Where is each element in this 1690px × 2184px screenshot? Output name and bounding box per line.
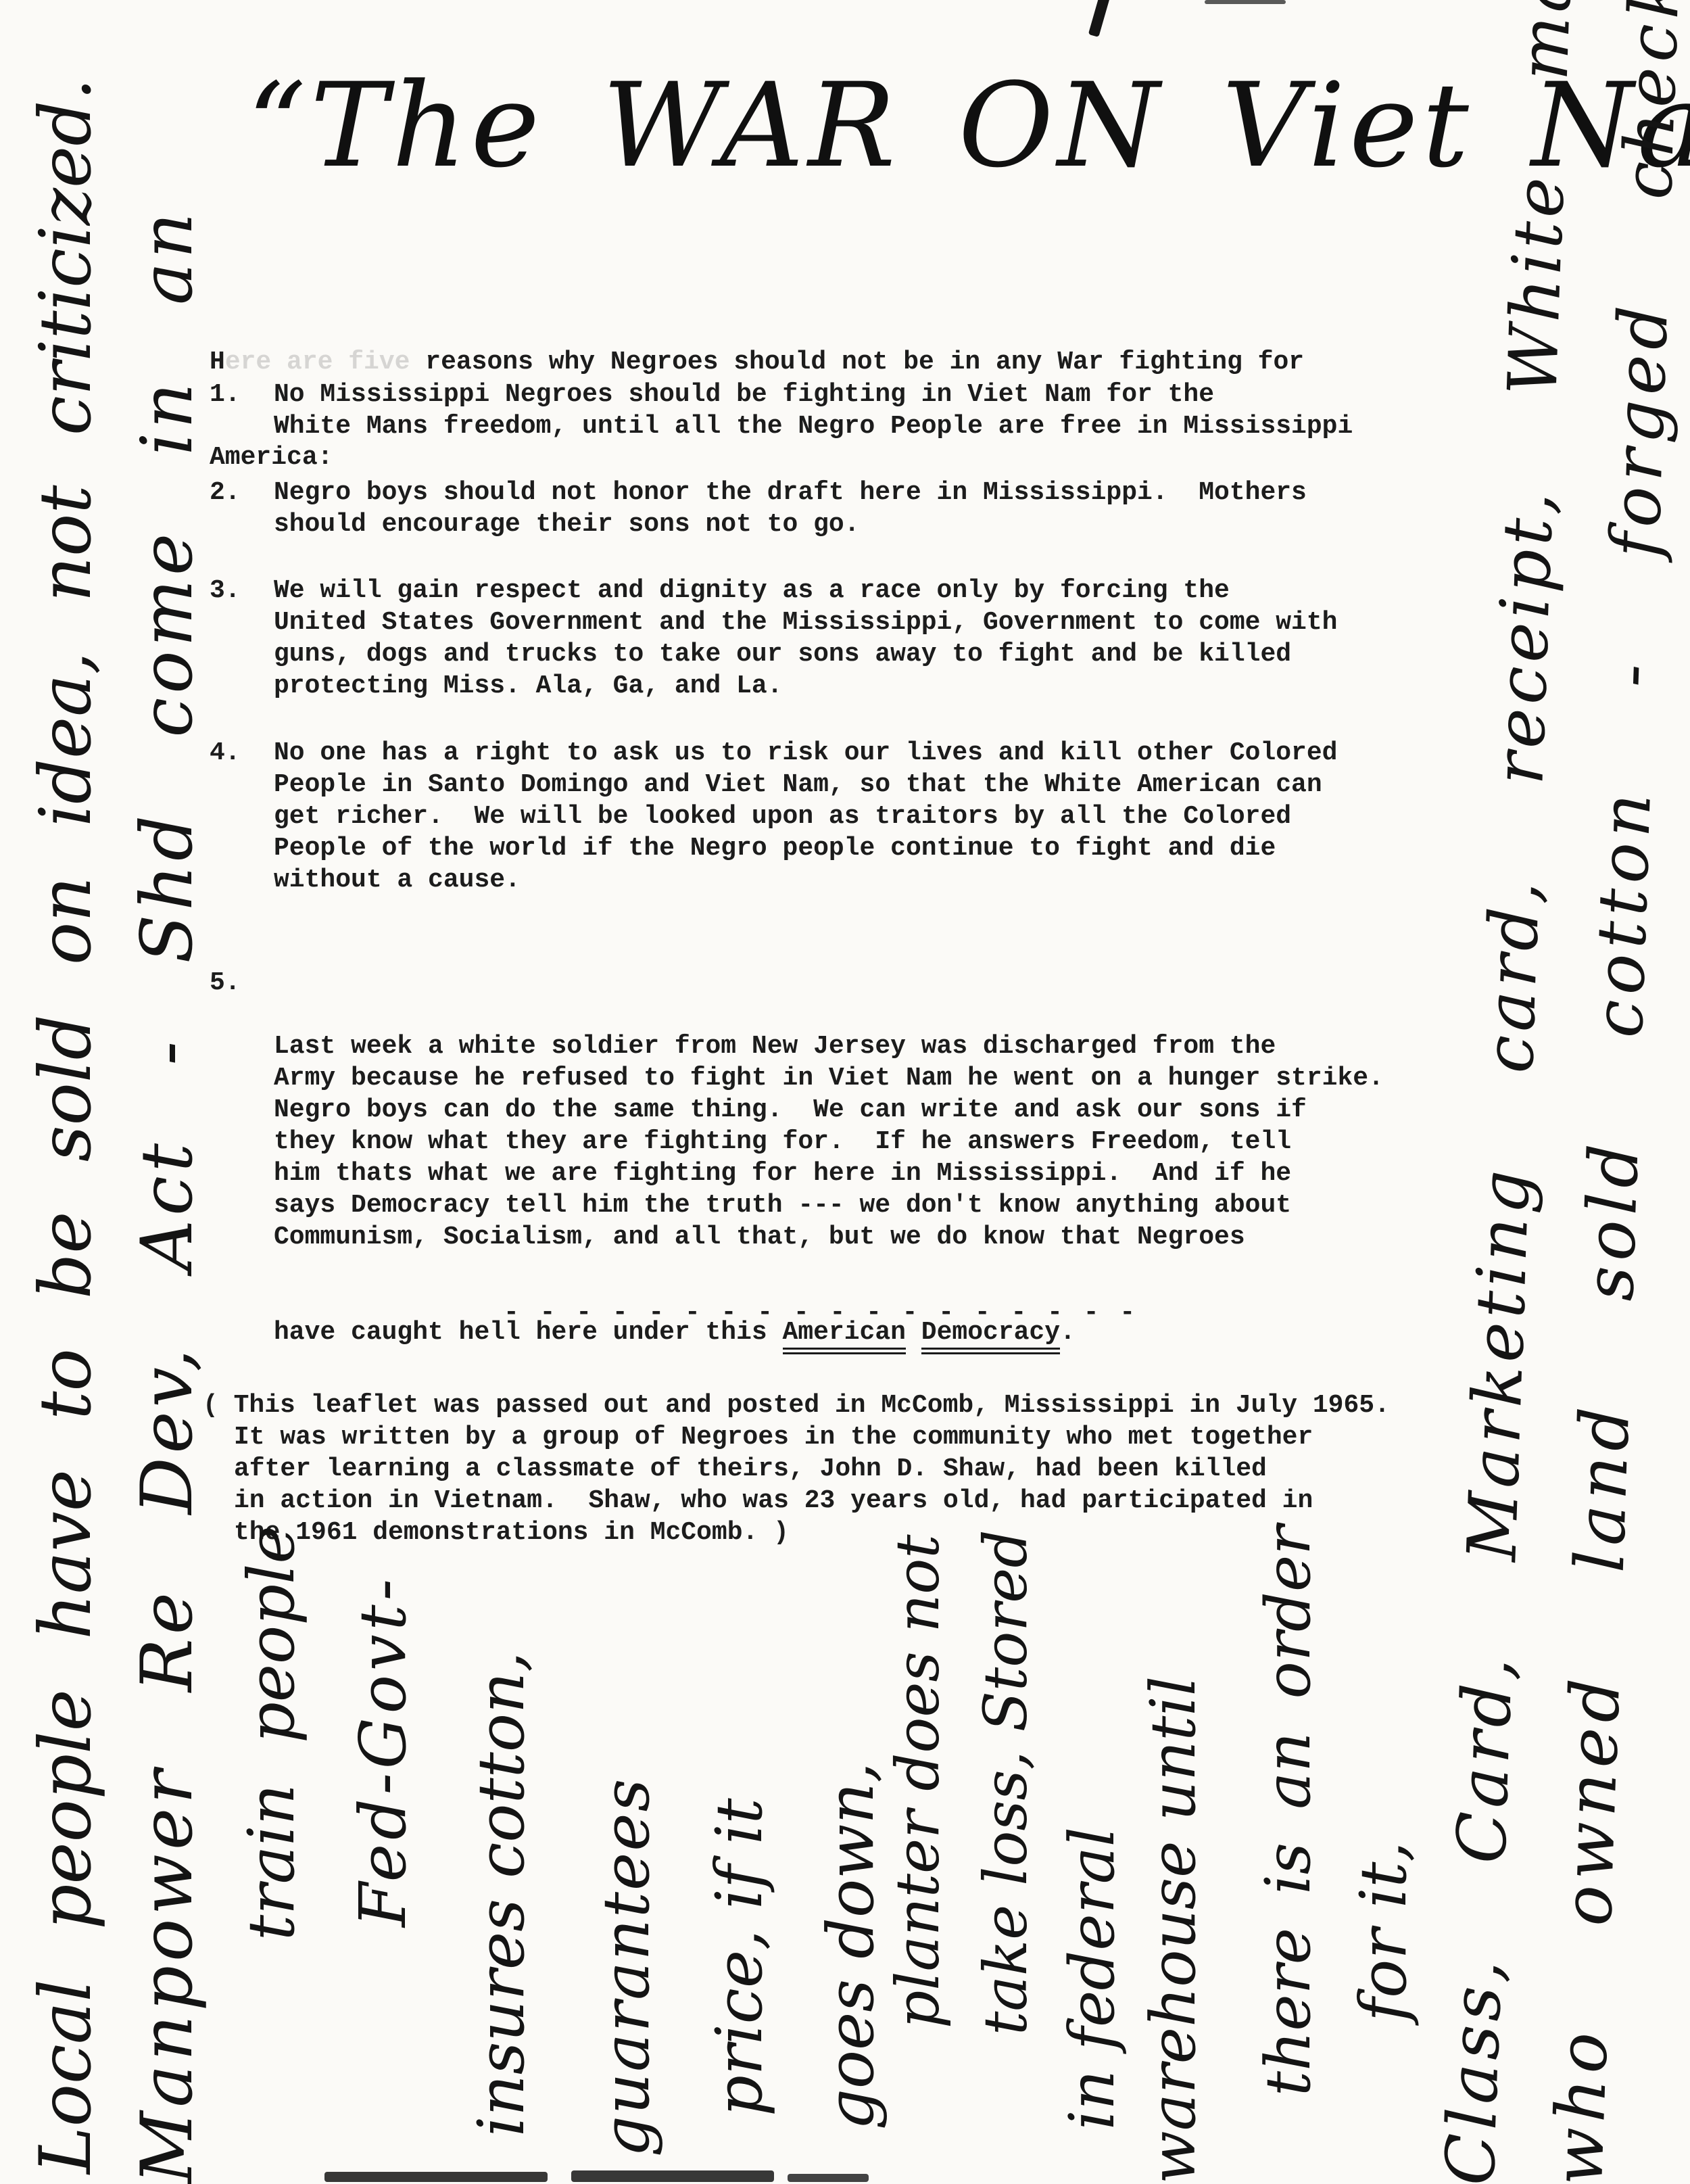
text-line: Negro boys can do the same thing. We can… [274,1094,1384,1126]
item-5-text: Last week a white soldier from New Jerse… [274,967,1384,1412]
scanned-leaflet-page: “The WAR ON Viet Nam” Here are five reas… [0,0,1690,2184]
text-line: No Mississippi Negroes should be fightin… [274,379,1353,410]
handwritten-note-bottom-7: planter does not [886,1534,951,2028]
scan-artifact-bottom-1 [324,2172,548,2182]
scan-artifact-bottom-2 [571,2170,774,2182]
leaflet-provenance-note: ( This leaflet was passed out and posted… [203,1390,1390,1548]
text-line: Army because he refused to fight in Viet… [274,1062,1384,1094]
page-title: “The WAR ON Viet Nam” [247,57,1690,193]
text-line: in action in Vietnam. Shaw, who was 23 y… [203,1485,1390,1517]
item-5-lines: Last week a white soldier from New Jerse… [274,1030,1384,1253]
intro-line-1: Here are five reasons why Negroes should… [210,346,1304,378]
item-5-number: 5. [210,967,274,999]
text-line: should encourage their sons not to go. [274,508,1307,540]
handwritten-note-bottom-5: price, if it [704,1798,775,2116]
list-item-2: 2. Negro boys should not honor the draft… [210,477,1307,540]
text-line: ( This leaflet was passed out and posted… [203,1390,1390,1421]
item-2-text: Negro boys should not honor the draft he… [274,477,1307,540]
scan-artifact-bottom-3 [788,2174,869,2182]
handwritten-note-bottom-8: take loss, Stored [973,1529,1039,2035]
handwritten-note-bottom-9: in federal [1058,1827,1126,2130]
text-line: says Democracy tell him the truth --- we… [274,1189,1384,1221]
handwritten-note-bottom-6: goes down, [816,1762,887,2130]
handwritten-note-left-2: Manpower Re Dev, Act - Shd come in an [128,209,207,2184]
list-item-3: 3. We will gain respect and dignity as a… [210,575,1337,702]
intro-lead: H [210,348,225,377]
text-line: him thats what we are fighting for here … [274,1158,1384,1189]
text-line: the 1961 demonstrations in McComb. ) [203,1517,1390,1548]
intro-lead-faded: ere are five [225,348,410,377]
item-3-number: 3. [210,575,274,607]
handwritten-note-left-1: Local people have to be sold on idea, no… [27,78,105,2174]
text-line: We will gain respect and dignity as a ra… [274,575,1337,607]
item-4-text: No one has a right to ask us to risk our… [274,737,1337,896]
handwritten-note-bottom-10: warehouse until [1139,1676,1207,2184]
text-line: get richer. We will be looked upon as tr… [274,801,1337,832]
text-line: It was written by a group of Negroes in … [203,1421,1390,1453]
text-line: after learning a classmate of theirs, Jo… [203,1453,1390,1485]
separator-dashes: - - - - - - - - - - - - - - - - - - [504,1297,1138,1329]
text-line: No one has a right to ask us to risk our… [274,737,1337,769]
text-line: White Mans freedom, until all the Negro … [274,410,1353,442]
handwritten-note-bottom-1: train people [237,1525,308,1941]
handwritten-note-bottom-2: Fed-Govt- [348,1575,419,1927]
handwritten-note-bottom-3: insures cotton, [466,1652,537,2137]
list-item-4: 4. No one has a right to ask us to risk … [210,737,1337,896]
text-line: Last week a white soldier from New Jerse… [274,1030,1384,1062]
list-item-1: 1. No Mississippi Negroes should be figh… [210,379,1353,442]
text-line: People of the world if the Negro people … [274,832,1337,864]
handwritten-note-bottom-11: there is an order [1254,1525,1322,2096]
scan-artifact-top-mark [1088,0,1110,37]
scan-artifact-top-edge [1205,0,1286,4]
intro-rest: reasons why Negroes should not be in any… [410,348,1304,377]
text-line: United States Government and the Mississ… [274,607,1337,638]
text-line: Communism, Socialism, and all that, but … [274,1221,1384,1253]
intro-line-2: America: [210,442,1304,473]
handwritten-note-bottom-12: for it, [1349,1841,1420,2022]
item-4-number: 4. [210,737,274,769]
item-1-text: No Mississippi Negroes should be fightin… [274,379,1353,442]
item-3-text: We will gain respect and dignity as a ra… [274,575,1337,702]
text-line: Negro boys should not honor the draft he… [274,477,1307,508]
list-item-5: 5. Last week a white soldier from New Je… [210,967,1384,1412]
text-line: they know what they are fighting for. If… [274,1126,1384,1158]
text-line: protecting Miss. Ala, Ga, and La. [274,670,1337,702]
text-line: People in Santo Domingo and Viet Nam, so… [274,769,1337,801]
item-1-number: 1. [210,379,274,410]
text-line: guns, dogs and trucks to take our sons a… [274,638,1337,670]
handwritten-note-bottom-4: guarantees [591,1778,662,2157]
item-2-number: 2. [210,477,274,508]
text-line: without a cause. [274,864,1337,896]
